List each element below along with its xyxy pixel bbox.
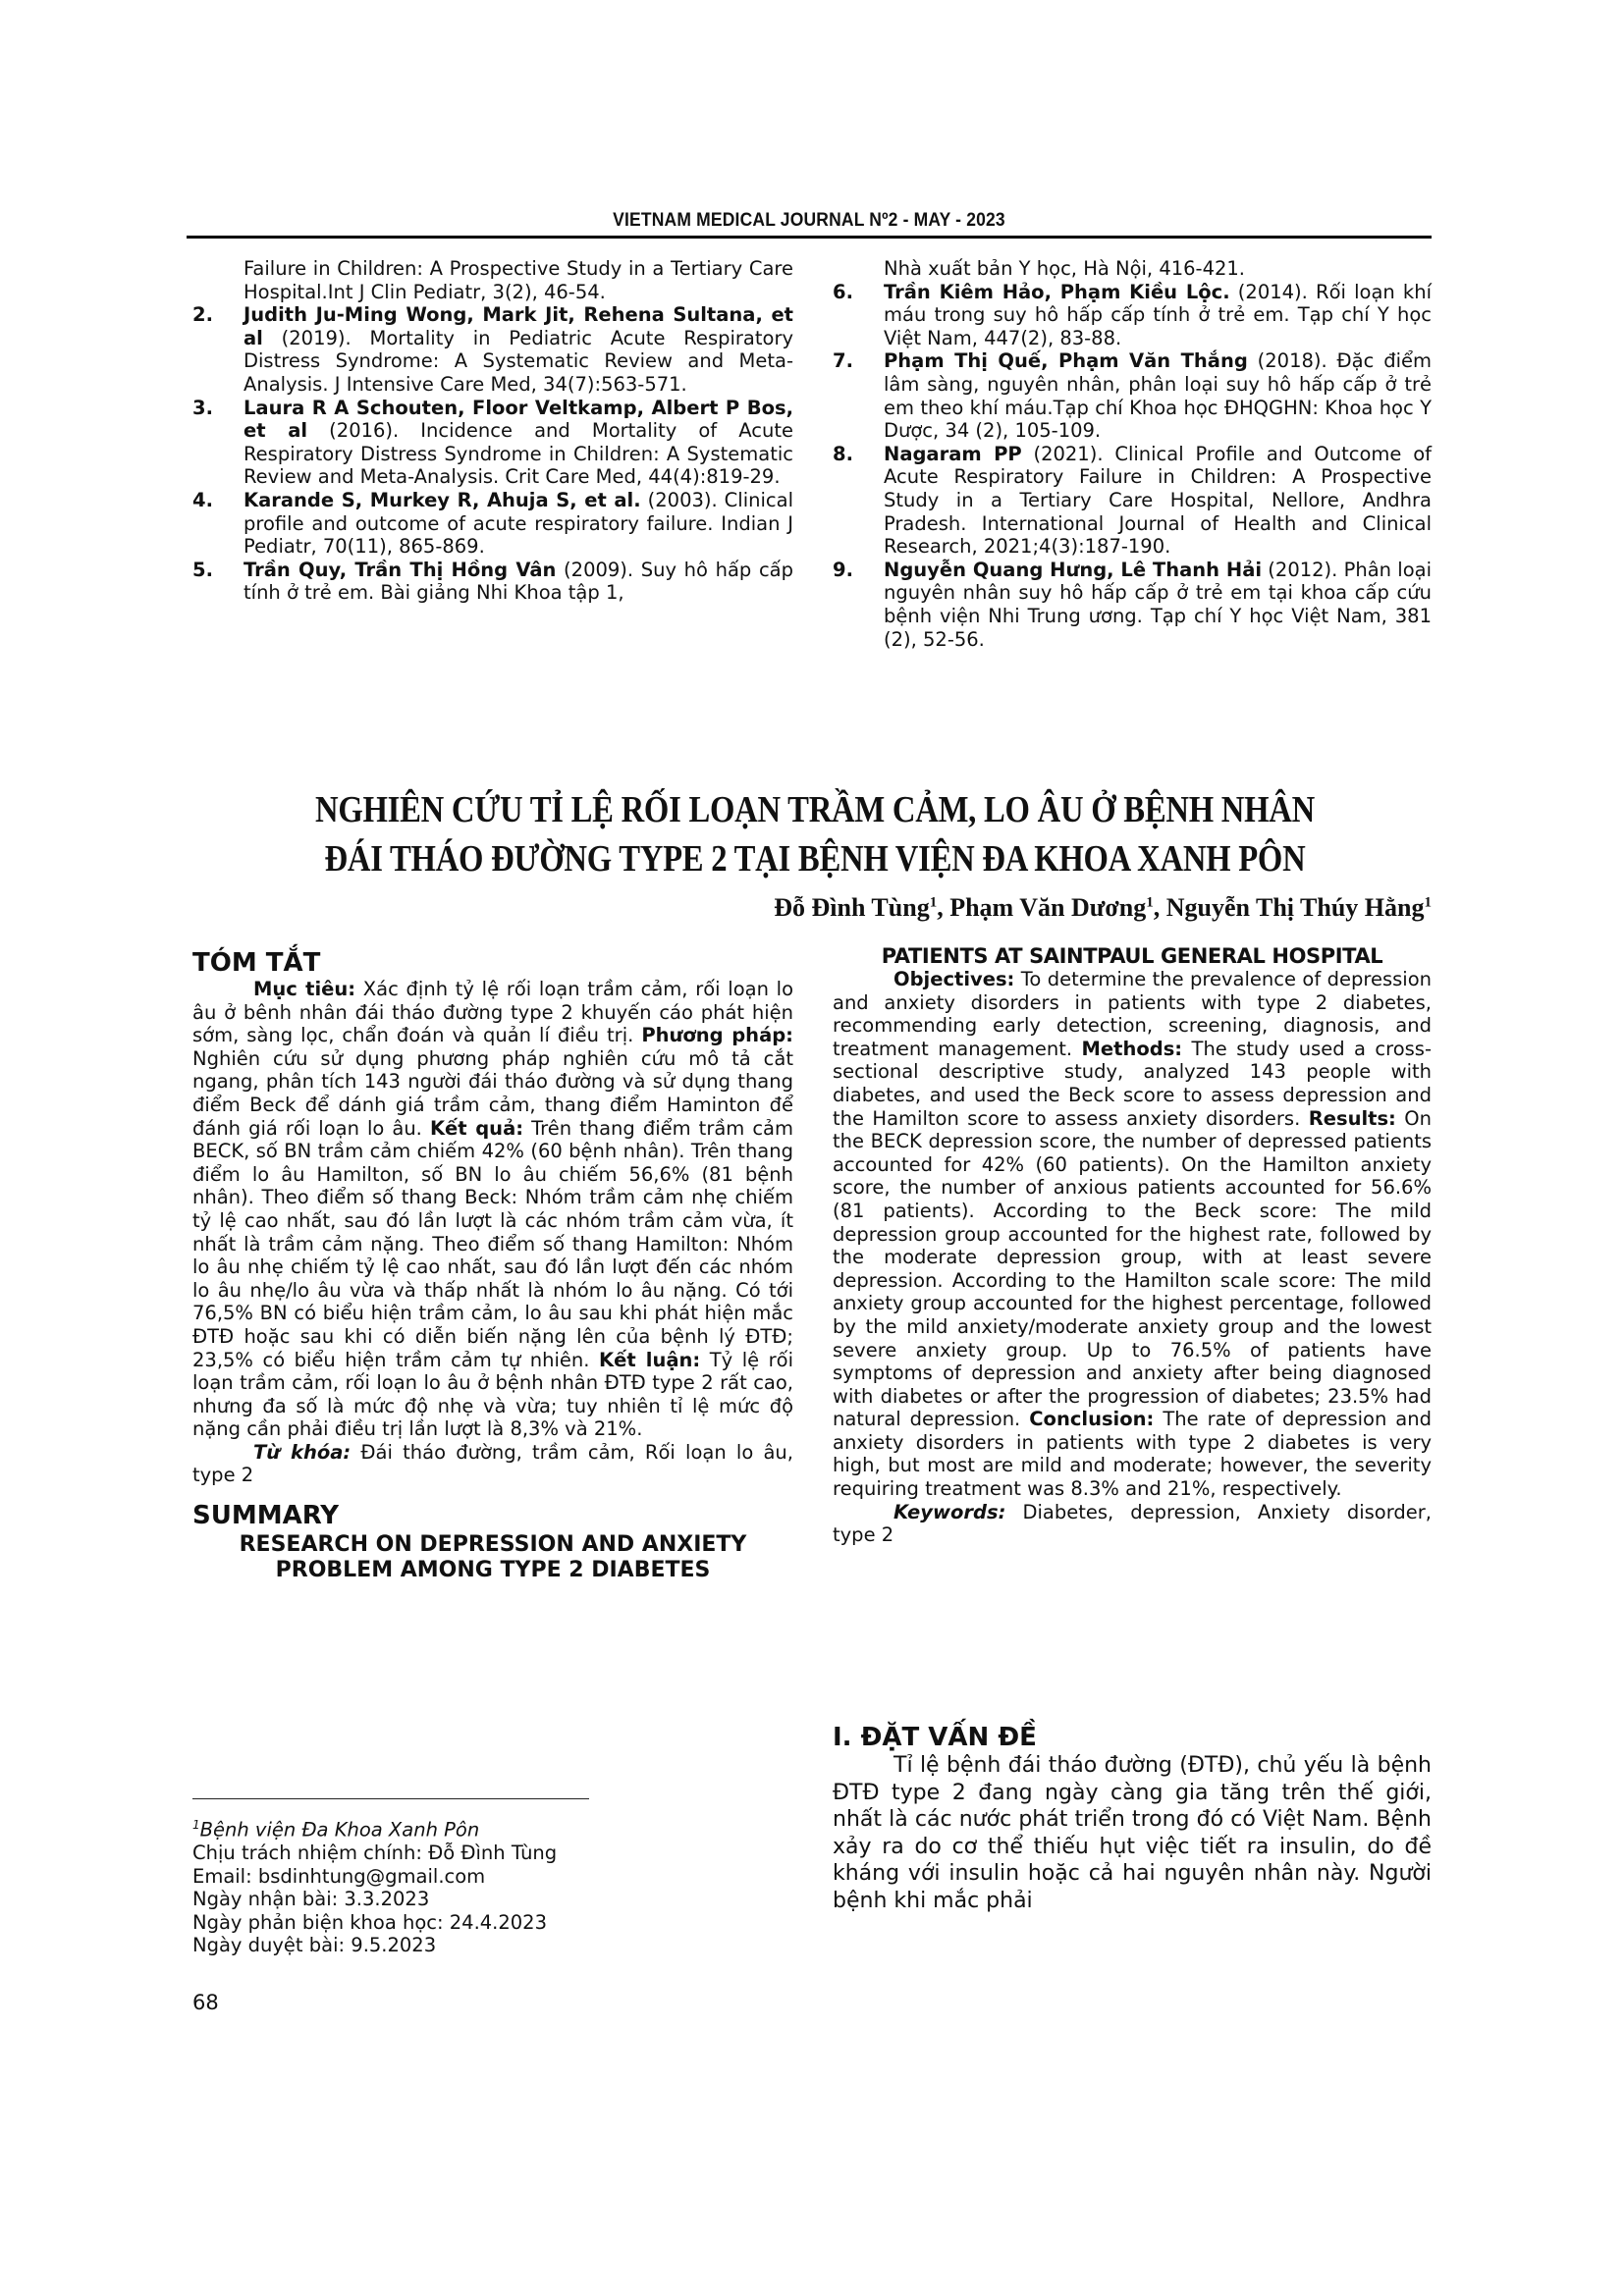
- references-right-column: Nhà xuất bản Y học, Hà Nội, 416-421. 6. …: [833, 257, 1432, 651]
- reference-item: 9. Nguyễn Quang Hưng, Lê Thanh Hải (2012…: [833, 559, 1432, 651]
- introduction-heading: I. ĐẶT VẤN ĐỀ: [833, 1723, 1432, 1752]
- reference-item: 2. Judith Ju-Ming Wong, Mark Jit, Rehena…: [192, 303, 793, 396]
- summary-title-line-3: PATIENTS AT SAINTPAUL GENERAL HOSPITAL: [833, 944, 1432, 968]
- author-list: Đỗ Đình Tùng1, Phạm Văn Dương1, Nguyễn T…: [774, 893, 1432, 923]
- header-rule: [187, 236, 1432, 239]
- summary-english: PATIENTS AT SAINTPAUL GENERAL HOSPITAL O…: [833, 944, 1432, 1547]
- article-title-line-2: ĐÁI THÁO ĐƯỜNG TYPE 2 TẠI BỆNH VIỆN ĐA K…: [283, 834, 1347, 883]
- article-title: NGHIÊN CỨU TỈ LỆ RỐI LOẠN TRẦM CẢM, LO Â…: [283, 785, 1347, 883]
- author-name: Nguyễn Thị Thúy Hằng: [1166, 893, 1425, 922]
- footnote: 1Bệnh viện Đa Khoa Xanh Pôn Chịu trách n…: [192, 1814, 557, 1957]
- article-title-line-1: NGHIÊN CỨU TỈ LỆ RỐI LOẠN TRẦM CẢM, LO Â…: [283, 785, 1347, 834]
- page-number: 68: [192, 1991, 219, 2014]
- summary-keywords: Keywords: Diabetes, depression, Anxiety …: [833, 1501, 1432, 1547]
- reference-continuation: Failure in Children: A Prospective Study…: [192, 257, 793, 303]
- reference-item: 6. Trần Kiêm Hảo, Phạm Kiều Lộc. (2014).…: [833, 281, 1432, 350]
- email: Email: bsdinhtung@gmail.com: [192, 1865, 557, 1889]
- reference-continuation: Nhà xuất bản Y học, Hà Nội, 416-421.: [833, 257, 1432, 281]
- reference-item: 7. Phạm Thị Quế, Phạm Văn Thắng (2018). …: [833, 349, 1432, 442]
- summary-heading: SUMMARY: [192, 1501, 793, 1530]
- introduction-section: I. ĐẶT VẤN ĐỀ Tỉ lệ bệnh đái tháo đường …: [833, 1723, 1432, 1914]
- affiliation: 1Bệnh viện Đa Khoa Xanh Pôn: [192, 1814, 557, 1842]
- abstract-heading: TÓM TẮT: [192, 948, 793, 978]
- summary-title-line-1: RESEARCH ON DEPRESSION AND ANXIETY: [192, 1532, 793, 1558]
- reference-item: 3. Laura R A Schouten, Floor Veltkamp, A…: [192, 397, 793, 489]
- abstract-body: Mục tiêu: Xác định tỷ lệ rối loạn trầm c…: [192, 978, 793, 1441]
- date-accepted: Ngày duyệt bài: 9.5.2023: [192, 1934, 557, 1957]
- references-left-column: Failure in Children: A Prospective Study…: [192, 257, 793, 605]
- author-name: Phạm Văn Dương: [949, 893, 1146, 922]
- journal-running-header: VIETNAM MEDICAL JOURNAL Nº2 - MAY - 2023: [237, 210, 1382, 232]
- footnote-rule: [192, 1798, 589, 1799]
- corresponding-author: Chịu trách nhiệm chính: Đỗ Đình Tùng: [192, 1842, 557, 1865]
- introduction-body: Tỉ lệ bệnh đái tháo đường (ĐTĐ), chủ yếu…: [833, 1752, 1432, 1914]
- reference-item: 4. Karande S, Murkey R, Ahuja S, et al. …: [192, 489, 793, 559]
- summary-body: Objectives: To determine the prevalence …: [833, 968, 1432, 1501]
- reference-item: 5. Trần Quy, Trần Thị Hồng Vân (2009). S…: [192, 559, 793, 605]
- date-reviewed: Ngày phản biện khoa học: 24.4.2023: [192, 1911, 557, 1935]
- abstract-keywords: Từ khóa: Đái tháo đường, trầm cảm, Rối l…: [192, 1441, 793, 1487]
- date-received: Ngày nhận bài: 3.3.2023: [192, 1888, 557, 1911]
- summary-title-line-2: PROBLEM AMONG TYPE 2 DIABETES: [192, 1558, 793, 1583]
- author-name: Đỗ Đình Tùng: [774, 893, 930, 922]
- abstract-vietnamese: TÓM TẮT Mục tiêu: Xác định tỷ lệ rối loạ…: [192, 948, 793, 1583]
- reference-item: 8. Nagaram PP (2021). Clinical Profile a…: [833, 443, 1432, 559]
